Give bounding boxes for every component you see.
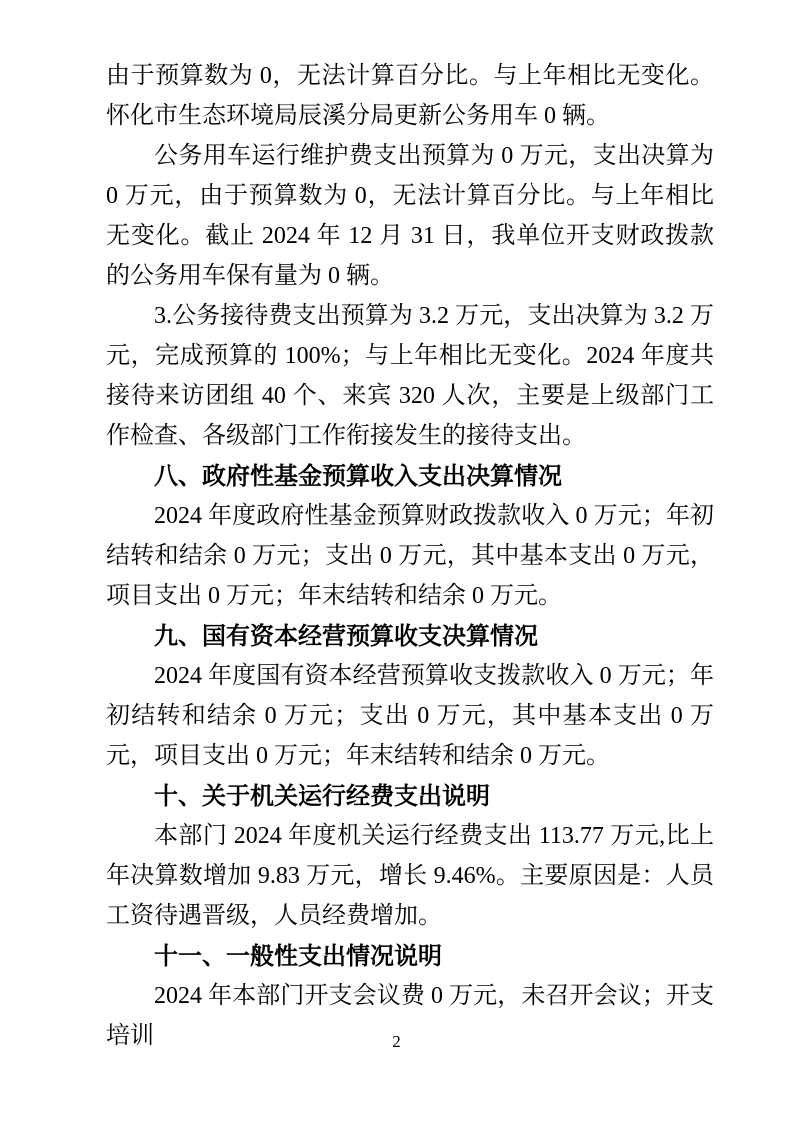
paragraph: 2024 年度国有资本经营预算收支拨款收入 0 万元；年初结转和结余 0 万元；… xyxy=(106,656,714,776)
paragraph: 公务用车运行维护费支出预算为 0 万元，支出决算为 0 万元，由于预算数为 0，… xyxy=(106,136,714,296)
page-number: 2 xyxy=(392,1032,401,1051)
paragraph: 由于预算数为 0，无法计算百分比。与上年相比无变化。怀化市生态环境局辰溪分局更新… xyxy=(106,56,714,136)
section-heading: 十、关于机关运行经费支出说明 xyxy=(106,776,714,816)
paragraph: 2024 年度政府性基金预算财政拨款收入 0 万元；年初结转和结余 0 万元；支… xyxy=(106,496,714,616)
section-heading: 十一、一般性支出情况说明 xyxy=(106,936,714,976)
paragraph: 3.公务接待费支出预算为 3.2 万元，支出决算为 3.2 万元，完成预算的 1… xyxy=(106,296,714,456)
section-heading: 八、政府性基金预算收入支出决算情况 xyxy=(106,456,714,496)
document-page: 由于预算数为 0，无法计算百分比。与上年相比无变化。怀化市生态环境局辰溪分局更新… xyxy=(0,0,793,1122)
section-heading: 九、国有资本经营预算收支决算情况 xyxy=(106,616,714,656)
paragraph: 本部门 2024 年度机关运行经费支出 113.77 万元,比上年决算数增加 9… xyxy=(106,816,714,936)
page-footer: 2 xyxy=(0,1032,793,1052)
document-body: 由于预算数为 0，无法计算百分比。与上年相比无变化。怀化市生态环境局辰溪分局更新… xyxy=(106,56,714,1056)
